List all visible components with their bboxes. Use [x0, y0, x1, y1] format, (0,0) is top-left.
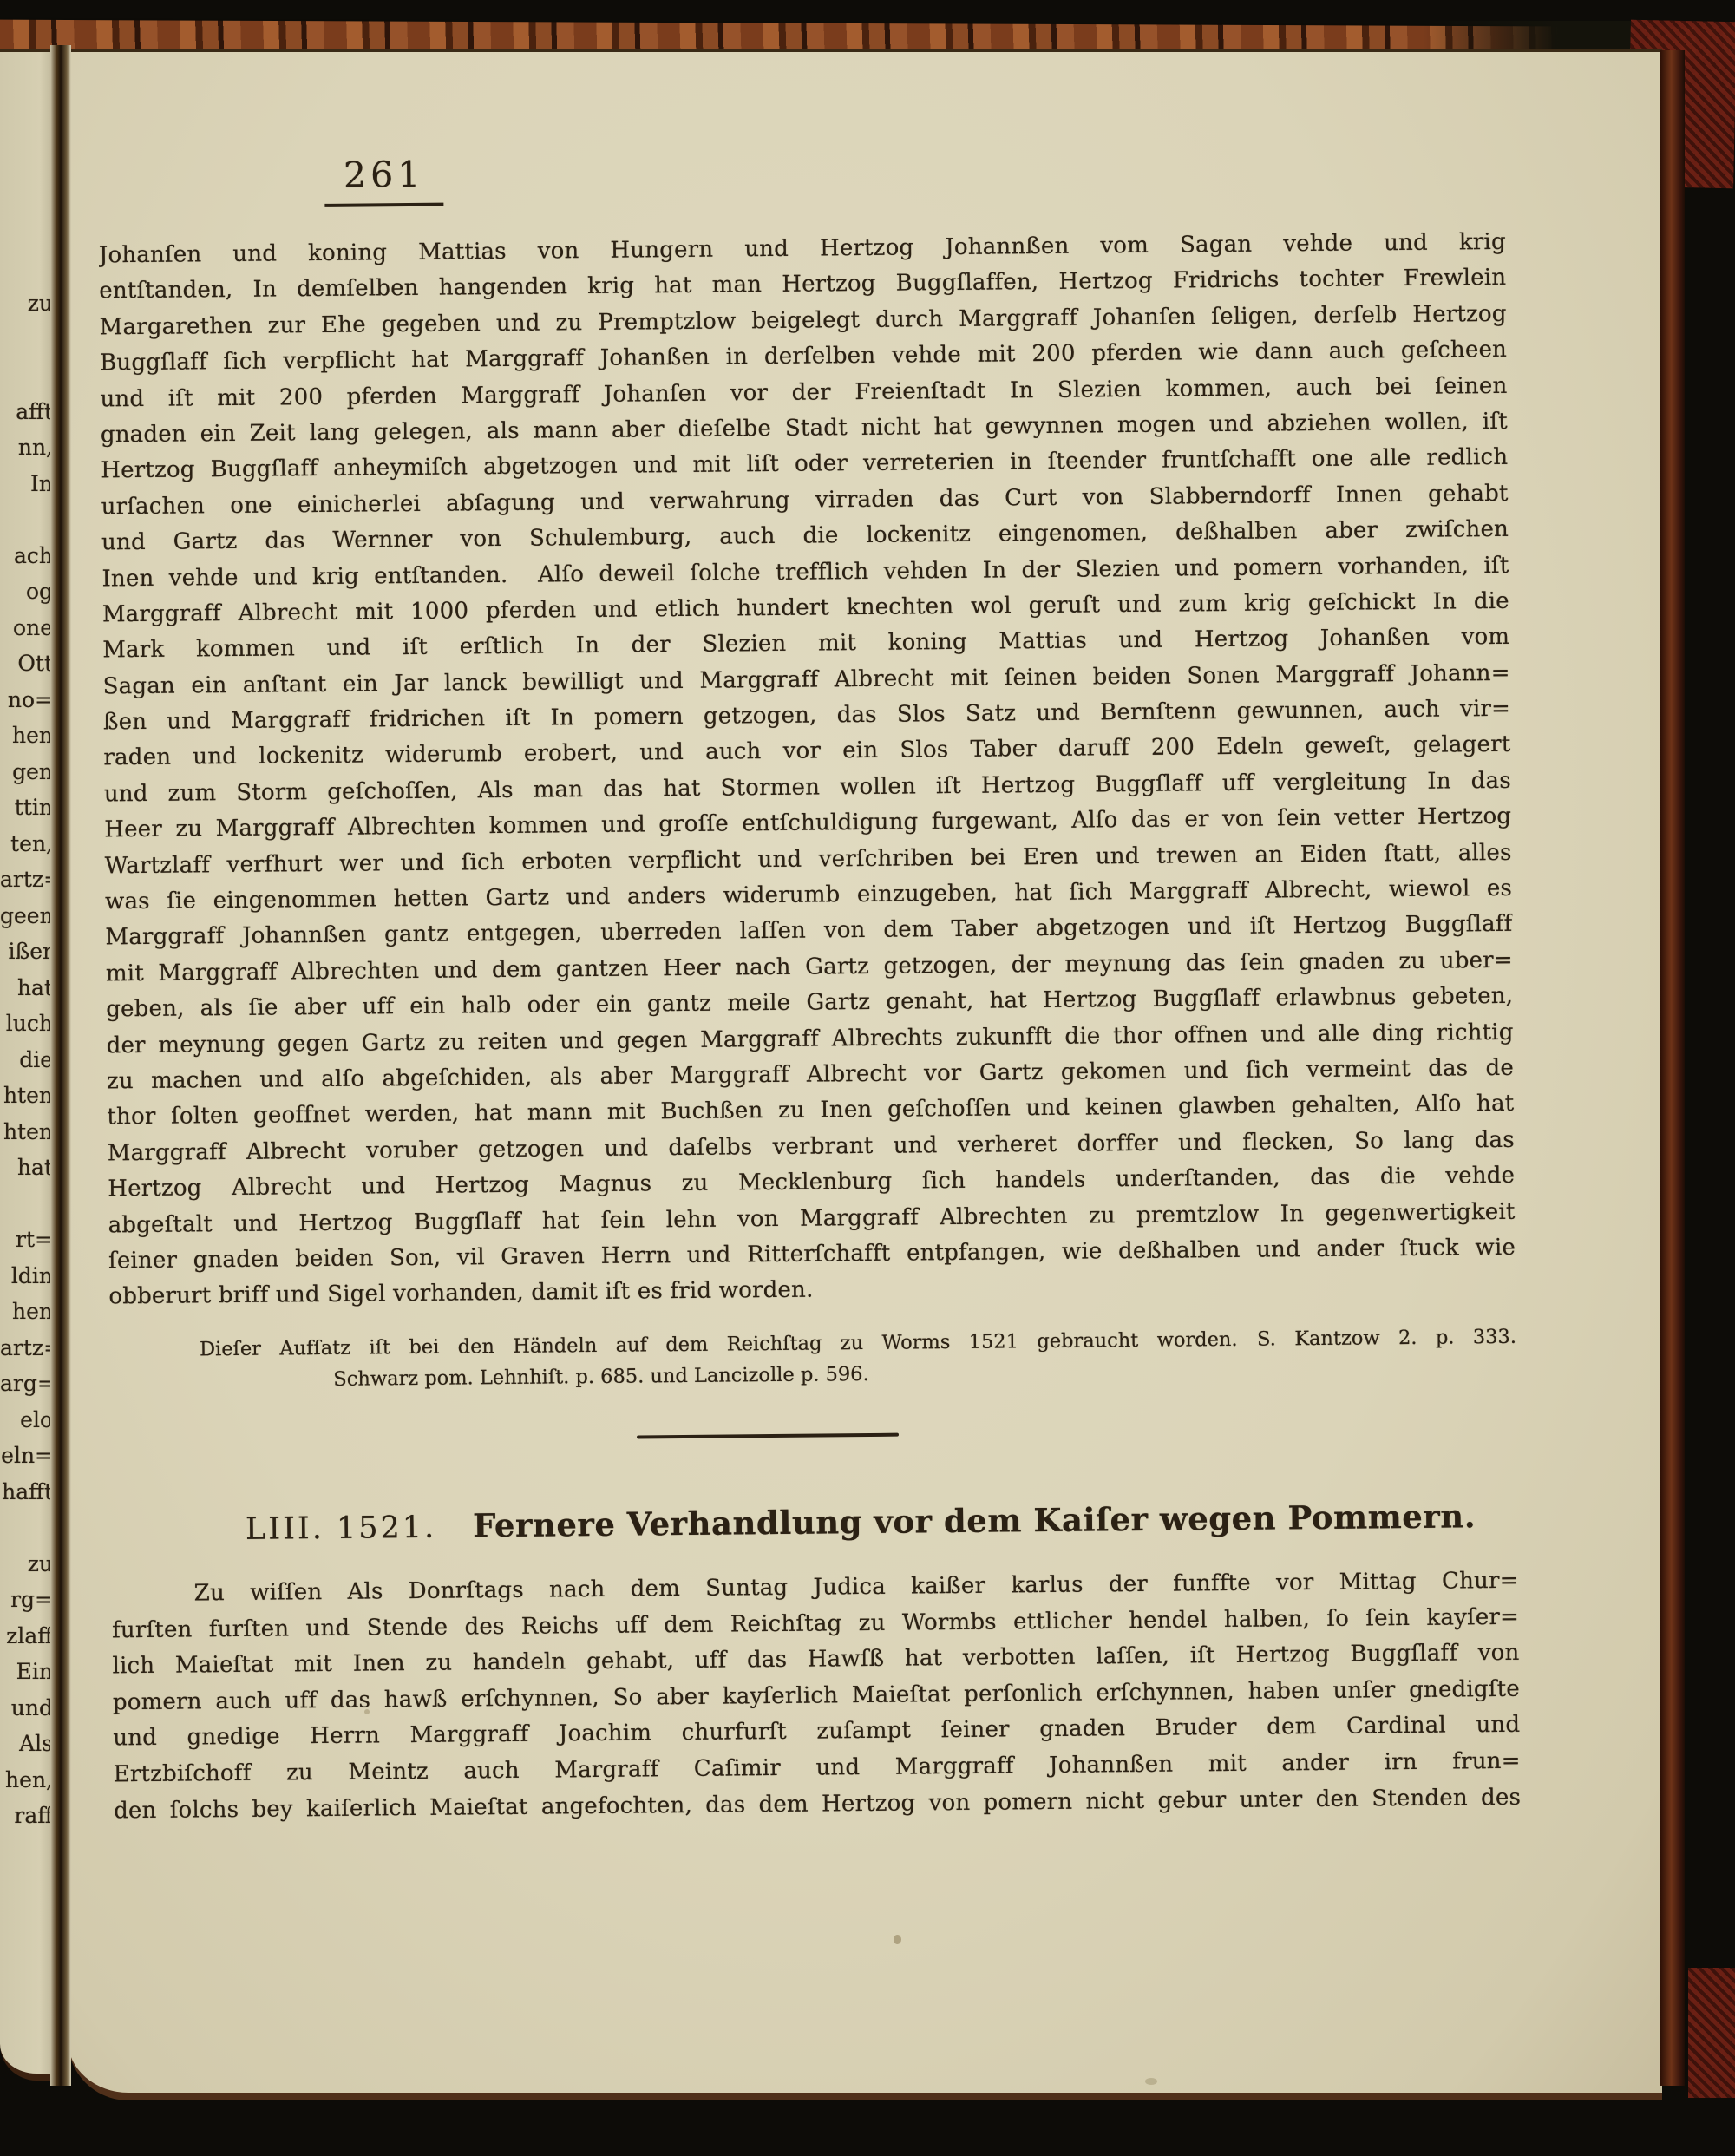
book-page: 261 Johanſen und koning Mattias von Hung…	[68, 49, 1662, 2100]
facing-page-text-fragment: rg=	[0, 1582, 57, 1618]
section-heading: LIII. 1521.Fernere Verhandlung vor dem K…	[246, 1497, 1460, 1546]
facing-page-text-fragment	[0, 322, 57, 358]
facing-page-text-fragment: ldin	[0, 1258, 57, 1294]
facing-page-text-fragment: rt=	[0, 1222, 57, 1258]
page-number: 261	[324, 154, 444, 207]
facing-page-text-fragment: afft	[0, 394, 57, 430]
leather-cover-corner-bottom-right	[1688, 1968, 1735, 2098]
facing-page-text-fragment: hen,	[0, 1762, 57, 1799]
facing-page-text-fragment: Als	[0, 1726, 57, 1762]
facing-page-text-fragment: raff	[0, 1798, 57, 1834]
facing-page-text-fragment: ach	[0, 538, 57, 574]
facing-page-text-fragment: hat	[0, 970, 57, 1006]
facing-page-text-fragment: Ein	[0, 1654, 57, 1690]
facing-page-text-fragment: ten,	[0, 826, 57, 862]
facing-page-text-fragment: og	[0, 573, 57, 610]
facing-page-text-fragment: zu	[0, 285, 57, 322]
main-paragraph: Johanſen und koning Mattias von Hungern …	[99, 225, 1516, 1315]
facing-page-text-fragment: hen	[0, 1294, 57, 1330]
facing-page-text-fragment	[0, 357, 57, 394]
facing-page-text-fragment: hafft	[0, 1474, 57, 1511]
page-gutter	[50, 45, 71, 2086]
footnote: Dieſer Aufſatz iſt bei den Händeln auf d…	[109, 1322, 1517, 1398]
facing-page-text-fragment: und	[0, 1690, 57, 1727]
facing-page-text-fragment: hten	[0, 1078, 57, 1114]
section-divider-rule	[637, 1433, 899, 1439]
paper-speck	[1145, 2078, 1157, 2085]
facing-page-text-fragment: hat	[0, 1150, 57, 1186]
facing-page-text-fragment	[0, 1186, 57, 1222]
paper-speck	[894, 1935, 901, 1944]
facing-page-text-fragment: no=	[0, 682, 57, 718]
facing-page-edge: zuafftnn,InachogoneOttno=hengenttinten,a…	[0, 49, 57, 2081]
facing-page-text-fragment: Ott	[0, 645, 57, 682]
facing-page-text-fragment: gen	[0, 754, 57, 790]
facing-page-text-fragment: eln=	[0, 1438, 57, 1474]
page-content: 261 Johanſen und koning Mattias von Hung…	[68, 49, 1662, 2100]
section-paragraph: Zu wiſſen Als Donrſtags nach dem Suntag …	[112, 1563, 1522, 1830]
facing-page-text-fragment: artz=	[0, 862, 57, 898]
facing-page-text-fragment	[0, 1510, 57, 1546]
book-right-page-block-edge	[1660, 50, 1685, 2086]
section-number: LIII. 1521.	[246, 1511, 437, 1547]
facing-page-text-fragment: geen	[0, 898, 57, 934]
section-title: Fernere Verhandlung vor dem Kaiſer wegen…	[473, 1497, 1476, 1544]
facing-page-text-fragment: hen	[0, 718, 57, 754]
paper-speck	[364, 1709, 370, 1714]
facing-page-text-fragment: luch	[0, 1006, 57, 1042]
facing-page-text-fragment: zu	[0, 1546, 57, 1583]
facing-page-text-fragment: nn,	[0, 429, 57, 466]
facing-page-text-fragment: arg=	[0, 1366, 57, 1402]
facing-page-text-fragment: ißer	[0, 934, 57, 970]
facing-page-text-fragment: die	[0, 1042, 57, 1078]
facing-page-text-fragment: zlaff	[0, 1618, 57, 1655]
facing-page-text-fragment	[0, 501, 57, 538]
facing-page-text-fragment: ttin	[0, 790, 57, 826]
facing-page-text-fragment: artz=	[0, 1330, 57, 1366]
facing-page-fragments: zuafftnn,InachogoneOttno=hengenttinten,a…	[0, 285, 57, 1834]
facing-page-text-fragment: one	[0, 610, 57, 646]
facing-page-text-fragment: hten	[0, 1114, 57, 1150]
facing-page-text-fragment: In	[0, 466, 57, 502]
facing-page-text-fragment: elo	[0, 1402, 57, 1438]
